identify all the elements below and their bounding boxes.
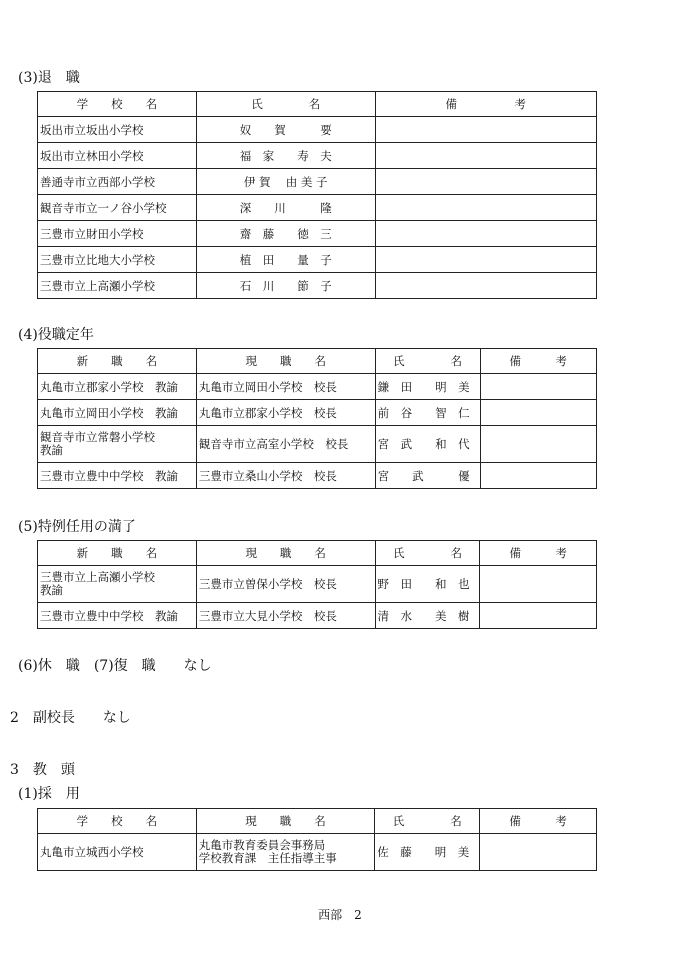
name-cell: 伊 賀 由 美 子 xyxy=(196,169,375,195)
new-post-cell: 観音寺市立常磐小学校 教諭 xyxy=(38,426,197,463)
name-cell: 齋 藤 徳 三 xyxy=(196,221,375,247)
table-row: 善通寺市立西部小学校伊 賀 由 美 子 xyxy=(38,169,597,195)
table-row: 三豊市立豊中中学校 教諭三豊市立大見小学校 校長清 水 美 樹 xyxy=(38,603,597,629)
col-header-current-post: 現 職 名 xyxy=(196,541,375,566)
school-cell: 観音寺市立一ノ谷小学校 xyxy=(38,195,197,221)
section-heading-appointment: (1)採 用 xyxy=(18,786,80,802)
section-heading-post-retirement: (4)役職定年 xyxy=(18,327,94,343)
current-post-cell: 丸亀市教育委員会事務局 学校教育課 主任指導主事 xyxy=(196,834,375,871)
post-retirement-table: 新 職 名 現 職 名 氏 名 備 考 丸亀市立郡家小学校 教諭丸亀市立岡田小学… xyxy=(37,348,597,489)
remarks-cell xyxy=(480,426,596,463)
section-heading-vice-principal: 2 副校長 なし xyxy=(10,710,131,726)
remarks-cell xyxy=(375,117,596,143)
remarks-cell xyxy=(480,400,596,426)
table-row: 三豊市立比地大小学校植 田 量 子 xyxy=(38,247,597,273)
current-post-cell: 三豊市立曽保小学校 校長 xyxy=(196,566,375,603)
table-row: 三豊市立豊中中学校 教諭三豊市立桑山小学校 校長宮 武 優 xyxy=(38,463,597,489)
col-header-name: 氏 名 xyxy=(375,349,480,374)
remarks-cell xyxy=(375,247,596,273)
table-header-row: 新 職 名 現 職 名 氏 名 備 考 xyxy=(38,349,597,374)
table-header-row: 学 校 名 現 職 名 氏 名 備 考 xyxy=(38,809,597,834)
col-header-name: 氏 名 xyxy=(375,541,480,566)
col-header-new-post: 新 職 名 xyxy=(38,349,197,374)
col-header-current-post: 現 職 名 xyxy=(196,349,375,374)
section-heading-leave-return: (6)休 職 (7)復 職 なし xyxy=(18,658,212,674)
remarks-cell xyxy=(480,834,597,871)
name-cell: 清 水 美 樹 xyxy=(375,603,480,629)
col-header-name: 氏 名 xyxy=(375,809,480,834)
current-post-cell: 三豊市立大見小学校 校長 xyxy=(196,603,375,629)
school-cell: 丸亀市立城西小学校 xyxy=(38,834,197,871)
remarks-cell xyxy=(480,463,596,489)
name-cell: 石 川 節 子 xyxy=(196,273,375,299)
new-post-cell: 三豊市立豊中中学校 教諭 xyxy=(38,463,197,489)
school-cell: 坂出市立林田小学校 xyxy=(38,143,197,169)
school-cell: 坂出市立坂出小学校 xyxy=(38,117,197,143)
col-header-remarks: 備 考 xyxy=(480,349,596,374)
table-header-row: 新 職 名 現 職 名 氏 名 備 考 xyxy=(38,541,597,566)
remarks-cell xyxy=(480,566,597,603)
table-row: 坂出市立坂出小学校奴 賀 要 xyxy=(38,117,597,143)
name-cell: 深 川 隆 xyxy=(196,195,375,221)
section-heading-head-teacher: 3 教 頭 xyxy=(10,762,75,778)
section-heading-retirement: (3)退 職 xyxy=(18,70,80,86)
table-row: 三豊市立上高瀬小学校石 川 節 子 xyxy=(38,273,597,299)
table-row: 丸亀市立岡田小学校 教諭丸亀市立郡家小学校 校長前 谷 智 仁 xyxy=(38,400,597,426)
name-cell: 奴 賀 要 xyxy=(196,117,375,143)
col-header-remarks: 備 考 xyxy=(480,809,597,834)
current-post-cell: 丸亀市立岡田小学校 校長 xyxy=(196,374,375,400)
col-header-new-post: 新 職 名 xyxy=(38,541,197,566)
new-post-cell: 丸亀市立郡家小学校 教諭 xyxy=(38,374,197,400)
school-cell: 三豊市立財田小学校 xyxy=(38,221,197,247)
name-cell: 宮 武 優 xyxy=(375,463,480,489)
table-row: 観音寺市立常磐小学校 教諭観音寺市立高室小学校 校長宮 武 和 代 xyxy=(38,426,597,463)
name-cell: 植 田 量 子 xyxy=(196,247,375,273)
remarks-cell xyxy=(375,169,596,195)
page-footer: 西部 2 xyxy=(0,906,680,923)
table-row: 観音寺市立一ノ谷小学校深 川 隆 xyxy=(38,195,597,221)
table-row: 丸亀市立郡家小学校 教諭丸亀市立岡田小学校 校長鎌 田 明 美 xyxy=(38,374,597,400)
new-post-cell: 三豊市立豊中中学校 教諭 xyxy=(38,603,197,629)
table-row: 丸亀市立城西小学校丸亀市教育委員会事務局 学校教育課 主任指導主事佐 藤 明 美 xyxy=(38,834,597,871)
table-header-row: 学 校 名 氏 名 備 考 xyxy=(38,92,597,117)
col-header-remarks: 備 考 xyxy=(375,92,596,117)
col-header-school: 学 校 名 xyxy=(38,92,197,117)
remarks-cell xyxy=(375,195,596,221)
col-header-school: 学 校 名 xyxy=(38,809,197,834)
col-header-name: 氏 名 xyxy=(196,92,375,117)
name-cell: 前 谷 智 仁 xyxy=(375,400,480,426)
head-teacher-appointment-table: 学 校 名 現 職 名 氏 名 備 考 丸亀市立城西小学校丸亀市教育委員会事務局… xyxy=(37,808,597,871)
special-appointment-table: 新 職 名 現 職 名 氏 名 備 考 三豊市立上高瀬小学校 教諭三豊市立曽保小… xyxy=(37,540,597,629)
new-post-cell: 三豊市立上高瀬小学校 教諭 xyxy=(38,566,197,603)
remarks-cell xyxy=(375,221,596,247)
current-post-cell: 丸亀市立郡家小学校 校長 xyxy=(196,400,375,426)
name-cell: 野 田 和 也 xyxy=(375,566,480,603)
new-post-cell: 丸亀市立岡田小学校 教諭 xyxy=(38,400,197,426)
remarks-cell xyxy=(480,603,597,629)
retirement-table: 学 校 名 氏 名 備 考 坂出市立坂出小学校奴 賀 要 坂出市立林田小学校福 … xyxy=(37,91,597,299)
remarks-cell xyxy=(375,273,596,299)
col-header-remarks: 備 考 xyxy=(480,541,597,566)
school-cell: 三豊市立上高瀬小学校 xyxy=(38,273,197,299)
school-cell: 三豊市立比地大小学校 xyxy=(38,247,197,273)
name-cell: 宮 武 和 代 xyxy=(375,426,480,463)
table-row: 坂出市立林田小学校福 家 寿 夫 xyxy=(38,143,597,169)
name-cell: 鎌 田 明 美 xyxy=(375,374,480,400)
section-heading-special-appointment-end: (5)特例任用の満了 xyxy=(18,519,136,535)
school-cell: 善通寺市立西部小学校 xyxy=(38,169,197,195)
remarks-cell xyxy=(375,143,596,169)
table-row: 三豊市立財田小学校齋 藤 徳 三 xyxy=(38,221,597,247)
table-row: 三豊市立上高瀬小学校 教諭三豊市立曽保小学校 校長野 田 和 也 xyxy=(38,566,597,603)
current-post-cell: 観音寺市立高室小学校 校長 xyxy=(196,426,375,463)
remarks-cell xyxy=(480,374,596,400)
current-post-cell: 三豊市立桑山小学校 校長 xyxy=(196,463,375,489)
name-cell: 福 家 寿 夫 xyxy=(196,143,375,169)
name-cell: 佐 藤 明 美 xyxy=(375,834,480,871)
col-header-current-post: 現 職 名 xyxy=(196,809,375,834)
